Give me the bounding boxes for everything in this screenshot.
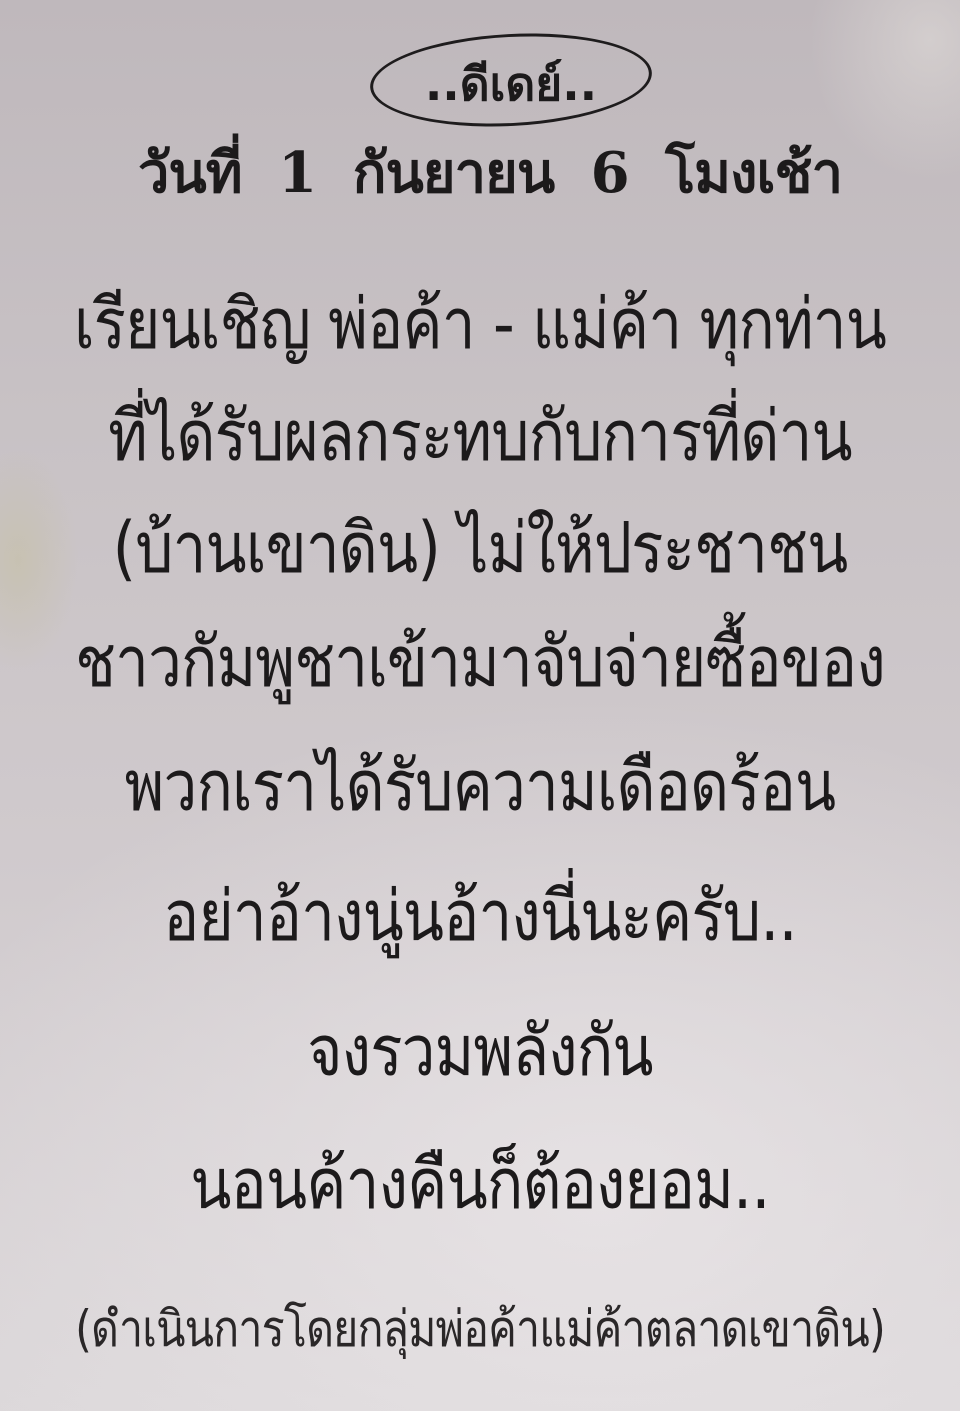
organizer-footer: (ดำเนินการโดยกลุ่มพ่อค้าแม่ค้าตลาดเขาดิน… (67, 1290, 893, 1369)
body-line-3: (บ้านเขาดิน) ไม่ให้ประชาชน (67, 492, 893, 603)
body-line-4: ชาวกัมพูชาเข้ามาจับจ่ายซื้อของ (67, 606, 893, 717)
body-line-6: อย่าอ้างนู่นอ้างนี่นะครับ.. (67, 860, 893, 971)
printed-notice: ..ดีเดย์.. วันที่ 1 กันยายน 6 โมงเช้า เร… (0, 0, 960, 1411)
body-line-1: เรียนเชิญ พ่อค้า - แม่ค้า ทุกท่าน (67, 268, 893, 379)
body-line-8: นอนค้างคืนก็ต้องยอม.. (67, 1128, 893, 1239)
announcement-badge: ..ดีเดย์.. (370, 34, 652, 126)
body-line-5: พวกเราได้รับความเดือดร้อน (67, 730, 893, 841)
body-line-7: จงรวมพลังกัน (67, 995, 893, 1106)
body-line-2: ที่ได้รับผลกระทบกับการที่ด่าน (67, 380, 893, 491)
badge-text: ..ดีเดย์.. (370, 48, 652, 121)
date-time-line: วันที่ 1 กันยายน 6 โมงเช้า (20, 128, 960, 217)
